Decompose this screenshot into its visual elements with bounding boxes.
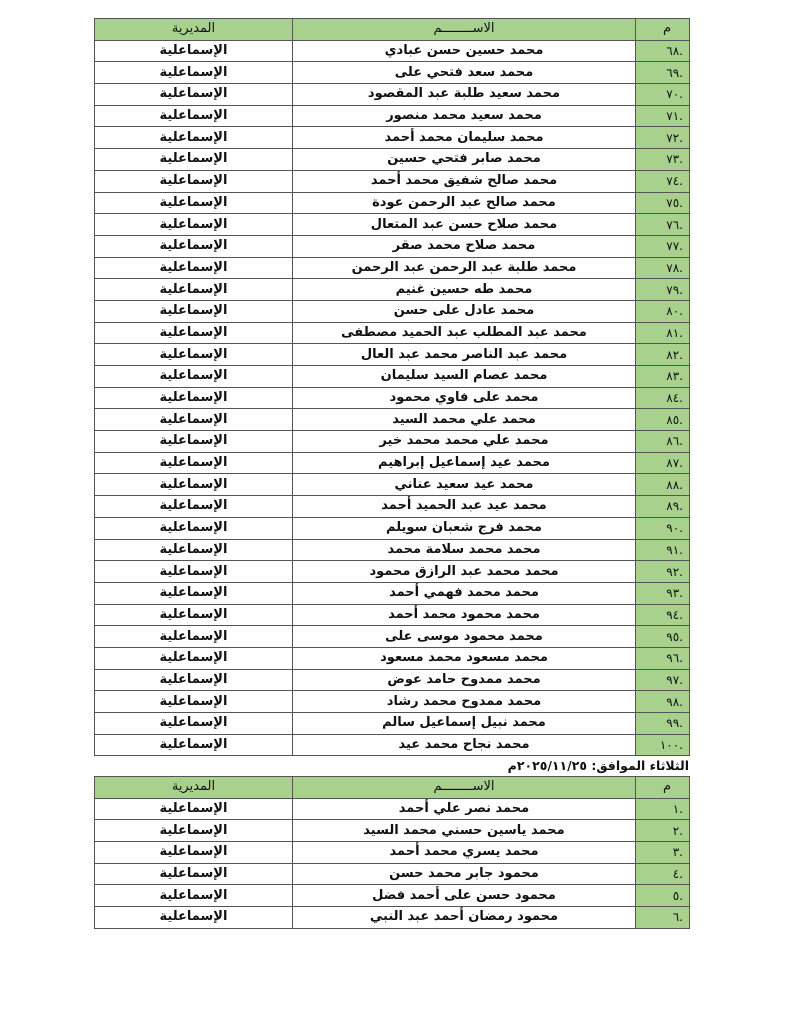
row-directorate: الإسماعلية <box>95 626 293 648</box>
row-number: .٧٥ <box>636 192 690 214</box>
row-directorate: الإسماعلية <box>95 452 293 474</box>
header-name: الاســــــــم <box>293 19 636 41</box>
row-directorate: الإسماعلية <box>95 40 293 62</box>
table-body: .٦٨محمد حسين حسن عباديالإسماعلية.٦٩محمد … <box>95 40 690 756</box>
header-name: الاســــــــم <box>293 777 636 799</box>
row-name: محمد نجاح محمد عيد <box>293 734 636 756</box>
row-directorate: الإسماعلية <box>95 84 293 106</box>
table-header-row: م الاســــــــم المديرية <box>95 777 690 799</box>
row-directorate: الإسماعلية <box>95 344 293 366</box>
table-row: .٩٥محمد محمود موسى علىالإسماعلية <box>95 626 690 648</box>
table-row: .١محمد نصر علي أحمدالإسماعلية <box>95 798 690 820</box>
row-directorate: الإسماعلية <box>95 474 293 496</box>
row-number: .٦٨ <box>636 40 690 62</box>
row-name: محمد عبد الناصر محمد عبد العال <box>293 344 636 366</box>
row-number: .٨٤ <box>636 387 690 409</box>
row-number: .٧١ <box>636 105 690 127</box>
table-row: .٨٠محمد عادل على حسنالإسماعلية <box>95 300 690 322</box>
row-name: محمد طه حسين غنيم <box>293 279 636 301</box>
row-name: محمد سليمان محمد أحمد <box>293 127 636 149</box>
row-name: محمود جابر محمد حسن <box>293 863 636 885</box>
row-directorate: الإسماعلية <box>95 322 293 344</box>
table-row: .٧٦محمد صلاح حسن عبد المتعالالإسماعلية <box>95 214 690 236</box>
row-number: .٤ <box>636 863 690 885</box>
row-number: .٨٦ <box>636 431 690 453</box>
row-number: .٨٧ <box>636 452 690 474</box>
row-number: .٨١ <box>636 322 690 344</box>
table-row: .٩٧محمد ممدوح حامد عوضالإسماعلية <box>95 669 690 691</box>
table-row: .٧١محمد سعيد محمد منصورالإسماعلية <box>95 105 690 127</box>
row-name: محمد سعد فتحي على <box>293 62 636 84</box>
row-name: محمد محمود موسى على <box>293 626 636 648</box>
row-directorate: الإسماعلية <box>95 647 293 669</box>
row-number: .٨٩ <box>636 496 690 518</box>
row-name: محمد على فاوي محمود <box>293 387 636 409</box>
table-row: .٩٣محمد محمد فهمي أحمدالإسماعلية <box>95 582 690 604</box>
row-directorate: الإسماعلية <box>95 300 293 322</box>
row-directorate: الإسماعلية <box>95 713 293 735</box>
row-number: .٩١ <box>636 539 690 561</box>
row-name: محمد صالح شفيق محمد أحمد <box>293 170 636 192</box>
row-number: .٧٣ <box>636 149 690 171</box>
row-name: محمد مسعود محمد مسعود <box>293 647 636 669</box>
row-number: .٧٩ <box>636 279 690 301</box>
row-directorate: الإسماعلية <box>95 582 293 604</box>
row-directorate: الإسماعلية <box>95 127 293 149</box>
row-name: محمد ممدوح محمد رشاد <box>293 691 636 713</box>
row-name: محمد عيد سعيد عناني <box>293 474 636 496</box>
table-header-row: م الاســــــــم المديرية <box>95 19 690 41</box>
row-directorate: الإسماعلية <box>95 62 293 84</box>
row-directorate: الإسماعلية <box>95 149 293 171</box>
table-row: .٧٠محمد سعيد طلبة عبد المقصودالإسماعلية <box>95 84 690 106</box>
row-number: .١٠٠ <box>636 734 690 756</box>
table-row: .٨٣محمد عصام السيد سليمانالإسماعلية <box>95 366 690 388</box>
table-row: .٩٦محمد مسعود محمد مسعودالإسماعلية <box>95 647 690 669</box>
row-directorate: الإسماعلية <box>95 863 293 885</box>
row-directorate: الإسماعلية <box>95 604 293 626</box>
names-table-2: م الاســــــــم المديرية .١محمد نصر علي … <box>94 776 690 929</box>
row-directorate: الإسماعلية <box>95 105 293 127</box>
table-row: .٧٨محمد طلبة عبد الرحمن عبد الرحمنالإسما… <box>95 257 690 279</box>
table-row: .٧٣محمد صابر فتحي حسينالإسماعلية <box>95 149 690 171</box>
table-row: .٩٤محمد محمود محمد أحمدالإسماعلية <box>95 604 690 626</box>
table-row: .٧٧محمد صلاح محمد صقرالإسماعلية <box>95 235 690 257</box>
table-row: .٨٤محمد على فاوي محمودالإسماعلية <box>95 387 690 409</box>
table-row: .٩١محمد محمد سلامة محمدالإسماعلية <box>95 539 690 561</box>
row-name: محمد فرج شعبان سويلم <box>293 517 636 539</box>
row-number: .٥ <box>636 885 690 907</box>
row-number: .٩٢ <box>636 561 690 583</box>
row-name: محمد صلاح محمد صقر <box>293 235 636 257</box>
table-row: .٧٤محمد صالح شفيق محمد أحمدالإسماعلية <box>95 170 690 192</box>
row-directorate: الإسماعلية <box>95 561 293 583</box>
row-name: محمد علي محمد السيد <box>293 409 636 431</box>
row-number: .٧٦ <box>636 214 690 236</box>
row-name: محمد صابر فتحي حسين <box>293 149 636 171</box>
row-number: .٨٥ <box>636 409 690 431</box>
table-row: .٩٠محمد فرج شعبان سويلمالإسماعلية <box>95 517 690 539</box>
row-directorate: الإسماعلية <box>95 669 293 691</box>
table-row: .٢محمد ياسين حسني محمد السيدالإسماعلية <box>95 820 690 842</box>
row-name: محمد سعيد محمد منصور <box>293 105 636 127</box>
row-name: محمد عادل على حسن <box>293 300 636 322</box>
row-number: .٩٨ <box>636 691 690 713</box>
row-directorate: الإسماعلية <box>95 820 293 842</box>
row-name: محمد عصام السيد سليمان <box>293 366 636 388</box>
table-row: .٨١محمد عبد المطلب عبد الحميد مصطفىالإسم… <box>95 322 690 344</box>
header-directorate: المديرية <box>95 19 293 41</box>
table-row: .٩٨محمد ممدوح محمد رشادالإسماعلية <box>95 691 690 713</box>
row-directorate: الإسماعلية <box>95 798 293 820</box>
row-name: محمد علي محمد محمد خير <box>293 431 636 453</box>
row-directorate: الإسماعلية <box>95 409 293 431</box>
date-line: الثلاثاء الموافق: ٢٠٢٥/١١/٢٥م <box>94 758 689 774</box>
row-number: .٨٣ <box>636 366 690 388</box>
row-directorate: الإسماعلية <box>95 431 293 453</box>
row-name: محمد حسين حسن عبادي <box>293 40 636 62</box>
row-name: محمد عبد المطلب عبد الحميد مصطفى <box>293 322 636 344</box>
table-row: .٨٧محمد عيد إسماعيل إبراهيمالإسماعلية <box>95 452 690 474</box>
row-number: .٨٢ <box>636 344 690 366</box>
row-name: محمد صالح عبد الرحمن عودة <box>293 192 636 214</box>
row-name: محمد عيد إسماعيل إبراهيم <box>293 452 636 474</box>
row-directorate: الإسماعلية <box>95 842 293 864</box>
row-number: .٩٠ <box>636 517 690 539</box>
row-directorate: الإسماعلية <box>95 170 293 192</box>
row-number: .٧٤ <box>636 170 690 192</box>
table-row: .٤محمود جابر محمد حسنالإسماعلية <box>95 863 690 885</box>
row-name: محمد ياسين حسني محمد السيد <box>293 820 636 842</box>
table-row: .٥محمود حسن على أحمد فضلالإسماعلية <box>95 885 690 907</box>
row-number: .٣ <box>636 842 690 864</box>
row-number: .٢ <box>636 820 690 842</box>
row-directorate: الإسماعلية <box>95 691 293 713</box>
row-directorate: الإسماعلية <box>95 279 293 301</box>
row-directorate: الإسماعلية <box>95 235 293 257</box>
row-name: محمد ممدوح حامد عوض <box>293 669 636 691</box>
table-row: .٧٢محمد سليمان محمد أحمدالإسماعلية <box>95 127 690 149</box>
row-number: .٧٠ <box>636 84 690 106</box>
row-name: محمود حسن على أحمد فضل <box>293 885 636 907</box>
table-row: .٦٨محمد حسين حسن عباديالإسماعلية <box>95 40 690 62</box>
table-row: .٩٢محمد محمد عبد الرازق محمودالإسماعلية <box>95 561 690 583</box>
row-directorate: الإسماعلية <box>95 192 293 214</box>
row-name: محمد يسري محمد أحمد <box>293 842 636 864</box>
row-directorate: الإسماعلية <box>95 387 293 409</box>
row-number: .١ <box>636 798 690 820</box>
row-directorate: الإسماعلية <box>95 257 293 279</box>
row-number: .٧٨ <box>636 257 690 279</box>
table-row: .٧٥محمد صالح عبد الرحمن عودةالإسماعلية <box>95 192 690 214</box>
row-name: محمد عيد عبد الحميد أحمد <box>293 496 636 518</box>
row-name: محمد طلبة عبد الرحمن عبد الرحمن <box>293 257 636 279</box>
row-number: .٩٥ <box>636 626 690 648</box>
table-row: .٨٨محمد عيد سعيد عنانيالإسماعلية <box>95 474 690 496</box>
row-number: .٦٩ <box>636 62 690 84</box>
row-directorate: الإسماعلية <box>95 366 293 388</box>
row-directorate: الإسماعلية <box>95 539 293 561</box>
header-number: م <box>636 777 690 799</box>
row-name: محمد صلاح حسن عبد المتعال <box>293 214 636 236</box>
row-directorate: الإسماعلية <box>95 885 293 907</box>
row-number: .٩٤ <box>636 604 690 626</box>
table-row: .٦٩محمد سعد فتحي علىالإسماعلية <box>95 62 690 84</box>
table-row: .٨٩محمد عيد عبد الحميد أحمدالإسماعلية <box>95 496 690 518</box>
table-body: .١محمد نصر علي أحمدالإسماعلية.٢محمد ياسي… <box>95 798 690 928</box>
row-name: محمد محمد فهمي أحمد <box>293 582 636 604</box>
row-name: محمد محمد عبد الرازق محمود <box>293 561 636 583</box>
table-row: .١٠٠محمد نجاح محمد عيدالإسماعلية <box>95 734 690 756</box>
row-number: .٩٩ <box>636 713 690 735</box>
table-row: .٧٩محمد طه حسين غنيمالإسماعلية <box>95 279 690 301</box>
row-directorate: الإسماعلية <box>95 496 293 518</box>
row-directorate: الإسماعلية <box>95 907 293 929</box>
row-number: .٩٧ <box>636 669 690 691</box>
row-name: محمد محمود محمد أحمد <box>293 604 636 626</box>
row-directorate: الإسماعلية <box>95 517 293 539</box>
row-number: .٧٧ <box>636 235 690 257</box>
row-number: .٩٦ <box>636 647 690 669</box>
row-directorate: الإسماعلية <box>95 734 293 756</box>
table-row: .٣محمد يسري محمد أحمدالإسماعلية <box>95 842 690 864</box>
names-table-1: م الاســــــــم المديرية .٦٨محمد حسين حس… <box>94 18 690 756</box>
row-name: محمد نصر علي أحمد <box>293 798 636 820</box>
row-name: محمد نبيل إسماعيل سالم <box>293 713 636 735</box>
row-name: محمود رمضان أحمد عبد النبي <box>293 907 636 929</box>
table-row: .٦محمود رمضان أحمد عبد النبيالإسماعلية <box>95 907 690 929</box>
row-number: .٦ <box>636 907 690 929</box>
row-number: .٩٣ <box>636 582 690 604</box>
row-directorate: الإسماعلية <box>95 214 293 236</box>
row-number: .٨٠ <box>636 300 690 322</box>
row-name: محمد محمد سلامة محمد <box>293 539 636 561</box>
table-row: .٨٥محمد علي محمد السيدالإسماعلية <box>95 409 690 431</box>
row-number: .٨٨ <box>636 474 690 496</box>
table-row: .٨٢محمد عبد الناصر محمد عبد العالالإسماع… <box>95 344 690 366</box>
table-row: .٨٦محمد علي محمد محمد خيرالإسماعلية <box>95 431 690 453</box>
table-row: .٩٩محمد نبيل إسماعيل سالمالإسماعلية <box>95 713 690 735</box>
row-number: .٧٢ <box>636 127 690 149</box>
row-name: محمد سعيد طلبة عبد المقصود <box>293 84 636 106</box>
header-directorate: المديرية <box>95 777 293 799</box>
header-number: م <box>636 19 690 41</box>
